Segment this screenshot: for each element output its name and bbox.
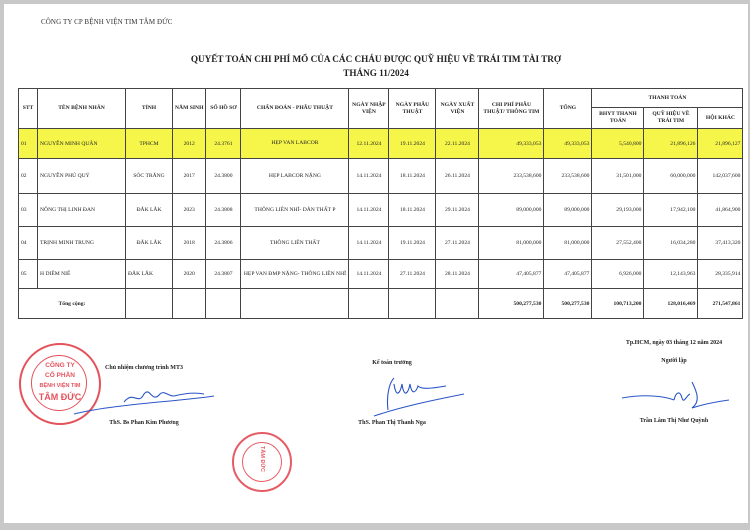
cell-admit-date: 14.11.2024 — [349, 194, 389, 227]
col-payment-group: THANH TOÁN — [592, 89, 743, 108]
totals-row: Tổng cộng: 500,277,530 500,277,530 100,7… — [19, 289, 743, 319]
document-title: QUYẾT TOÁN CHI PHÍ MỔ CỦA CÁC CHÁU ĐƯỢC … — [4, 54, 748, 64]
cell-admit-date: 14.11.2024 — [349, 227, 389, 260]
totals-surgery-cost: 500,277,530 — [479, 289, 544, 319]
header-row: STT TÊN BỆNH NHÂN TỈNH NĂM SINH SỐ HỒ SƠ… — [19, 89, 743, 108]
cell-surgery-cost: 49,333,053 — [479, 129, 544, 159]
col-record-no: SỐ HỒ SƠ — [206, 89, 241, 129]
cell-surgery-date: 27.11.2024 — [389, 260, 436, 289]
cell-other: 37,413,320 — [698, 227, 743, 260]
cell-bhyt: 29,193,000 — [592, 194, 644, 227]
col-name: TÊN BỆNH NHÂN — [38, 89, 126, 129]
totals-total: 500,277,530 — [544, 289, 592, 319]
preparer-title: Người lập — [634, 358, 714, 364]
cell-bhyt: 5,540,800 — [592, 129, 644, 159]
signature-preparer — [614, 378, 734, 418]
col-total: TỔNG — [544, 89, 592, 129]
cell-surgery-cost: 81,000,000 — [479, 227, 544, 260]
totals-bhyt: 100,713,200 — [592, 289, 644, 319]
cell-surgery-date: 19.11.2024 — [389, 227, 436, 260]
cell-name: NÔNG THỊ LINH ĐAN — [38, 194, 126, 227]
company-name: CÔNG TY CP BỆNH VIỆN TIM TÂM ĐỨC — [41, 18, 172, 26]
cell-fund: 21,896,126 — [644, 129, 698, 159]
cell-bhyt: 31,501,000 — [592, 159, 644, 194]
col-admit-date: NGÀY NHẬP VIỆN — [349, 89, 389, 129]
cell-province: ĐẮK LẮK — [126, 194, 173, 227]
cell-admit-date: 14.11.2024 — [349, 159, 389, 194]
col-fund: QUỸ HIỆU VỀ TRÁI TIM — [644, 108, 698, 129]
cell-total: 81,000,000 — [544, 227, 592, 260]
cell-stt: 03 — [19, 194, 38, 227]
cell-total: 89,000,000 — [544, 194, 592, 227]
chief-accountant-name: ThS. Phan Thị Thanh Nga — [332, 420, 452, 426]
cell-record-no: 24.3800 — [206, 159, 241, 194]
col-discharge-date: NGÀY XUẤT VIỆN — [436, 89, 479, 129]
table-row: 02NGUYỄN PHÚ QUÝSÓC TRĂNG201724.3800HẸP … — [19, 159, 743, 194]
cell-birth-year: 2018 — [173, 227, 206, 260]
cell-stt: 04 — [19, 227, 38, 260]
cell-total: 49,333,053 — [544, 129, 592, 159]
col-surgery-date: NGÀY PHẪU THUẬT — [389, 89, 436, 129]
col-birth-year: NĂM SINH — [173, 89, 206, 129]
totals-label: Tổng cộng: — [19, 289, 126, 319]
cell-record-no: 24.3808 — [206, 194, 241, 227]
cell-admit-date: 12.11.2024 — [349, 129, 389, 159]
cell-discharge-date: 29.11.2024 — [436, 194, 479, 227]
cell-province: TPHCM — [126, 129, 173, 159]
cell-discharge-date: 26.11.2024 — [436, 159, 479, 194]
cell-discharge-date: 27.11.2024 — [436, 227, 479, 260]
col-stt: STT — [19, 89, 38, 129]
table-row: 03NÔNG THỊ LINH ĐANĐẮK LẮK202324.3808THÔ… — [19, 194, 743, 227]
col-diagnosis: CHẨN ĐOÁN - PHẪU THUẬT — [241, 89, 349, 129]
cell-name: TRỊNH MINH TRUNG — [38, 227, 126, 260]
cell-birth-year: 2017 — [173, 159, 206, 194]
cell-stt: 01 — [19, 129, 38, 159]
cell-stt: 05 — [19, 260, 38, 289]
signature-program-head — [64, 382, 224, 422]
cell-record-no: 24.3761 — [206, 129, 241, 159]
preparer-name: Trần Lâm Thị Như Quỳnh — [604, 418, 744, 424]
program-head-title: Chủ nhiệm chương trình MT3 — [84, 365, 204, 371]
cell-surgery-cost: 89,000,000 — [479, 194, 544, 227]
cell-surgery-date: 19.11.2024 — [389, 129, 436, 159]
cell-discharge-date: 22.11.2024 — [436, 129, 479, 159]
totals-other: 271,547,861 — [698, 289, 743, 319]
cell-surgery-cost: 233,538,600 — [479, 159, 544, 194]
cell-diagnosis: THÔNG LIÊN NHĨ- DÃN THẤT P — [241, 194, 349, 227]
cell-stt: 02 — [19, 159, 38, 194]
cell-name: H DIÊM NIÊ — [38, 260, 126, 289]
chief-accountant-title: Kế toán trưởng — [342, 360, 442, 366]
cell-admit-date: 14.11.2024 — [349, 260, 389, 289]
col-other: HỘI KHÁC — [698, 108, 743, 129]
cell-fund: 17,942,100 — [644, 194, 698, 227]
totals-fund: 128,016,469 — [644, 289, 698, 319]
cell-bhyt: 27,552,400 — [592, 227, 644, 260]
cell-birth-year: 2023 — [173, 194, 206, 227]
cell-birth-year: 2020 — [173, 260, 206, 289]
cell-diagnosis: HẸP VAN ĐMP NẶNG- THÔNG LIÊN NHĨ — [241, 260, 349, 289]
cell-fund: 16,034,280 — [644, 227, 698, 260]
cell-record-no: 24.3807 — [206, 260, 241, 289]
cell-fund: 60,000,000 — [644, 159, 698, 194]
cell-bhyt: 6,926,000 — [592, 260, 644, 289]
cell-surgery-cost: 47,405,877 — [479, 260, 544, 289]
cell-province: ĐẮK LẮK — [126, 227, 173, 260]
col-surgery-cost: CHI PHÍ PHẪU THUẬT/ THÔNG TIM — [479, 89, 544, 129]
cell-other: 21,896,127 — [698, 129, 743, 159]
cell-other: 41,864,900 — [698, 194, 743, 227]
cell-name: NGUYỄN MINH QUÂN — [38, 129, 126, 159]
cell-surgery-date: 18.11.2024 — [389, 194, 436, 227]
col-province: TỈNH — [126, 89, 173, 129]
cell-province: SÓC TRĂNG — [126, 159, 173, 194]
cell-other: 142,037,600 — [698, 159, 743, 194]
cell-fund: 12,143,963 — [644, 260, 698, 289]
settlement-table: STT TÊN BỆNH NHÂN TỈNH NĂM SINH SỐ HỒ SƠ… — [18, 88, 743, 319]
cell-other: 28,335,914 — [698, 260, 743, 289]
table-row: 05H DIÊM NIÊĐẮK LẮK202024.3807HẸP VAN ĐM… — [19, 260, 743, 289]
cell-total: 233,538,600 — [544, 159, 592, 194]
cell-record-no: 24.3806 — [206, 227, 241, 260]
col-bhyt: BHYT THANH TOÁN — [592, 108, 644, 129]
table-row: 04TRỊNH MINH TRUNGĐẮK LẮK201824.3806THÔN… — [19, 227, 743, 260]
date-line: Tp.HCM, ngày 03 tháng 12 năm 2024 — [594, 340, 750, 346]
company-stamp-secondary: TÂM ĐỨC — [232, 432, 292, 492]
cell-diagnosis: HẸP LABCOR NẶNG — [241, 159, 349, 194]
cell-surgery-date: 18.11.2024 — [389, 159, 436, 194]
cell-province: ĐẮK LẮK — [126, 260, 173, 289]
document-subtitle: THÁNG 11/2024 — [4, 68, 748, 78]
cell-birth-year: 2012 — [173, 129, 206, 159]
cell-name: NGUYỄN PHÚ QUÝ — [38, 159, 126, 194]
cell-total: 47,405,877 — [544, 260, 592, 289]
cell-diagnosis: THÔNG LIÊN THẤT — [241, 227, 349, 260]
document-page: CÔNG TY CP BỆNH VIỆN TIM TÂM ĐỨC QUYẾT T… — [4, 4, 748, 523]
cell-discharge-date: 28.11.2024 — [436, 260, 479, 289]
signature-chief-accountant — [364, 374, 474, 420]
table-row: 01NGUYỄN MINH QUÂNTPHCM201224.3761HẸP VA… — [19, 129, 743, 159]
cell-diagnosis: HẸP VAN LABCOR — [241, 129, 349, 159]
